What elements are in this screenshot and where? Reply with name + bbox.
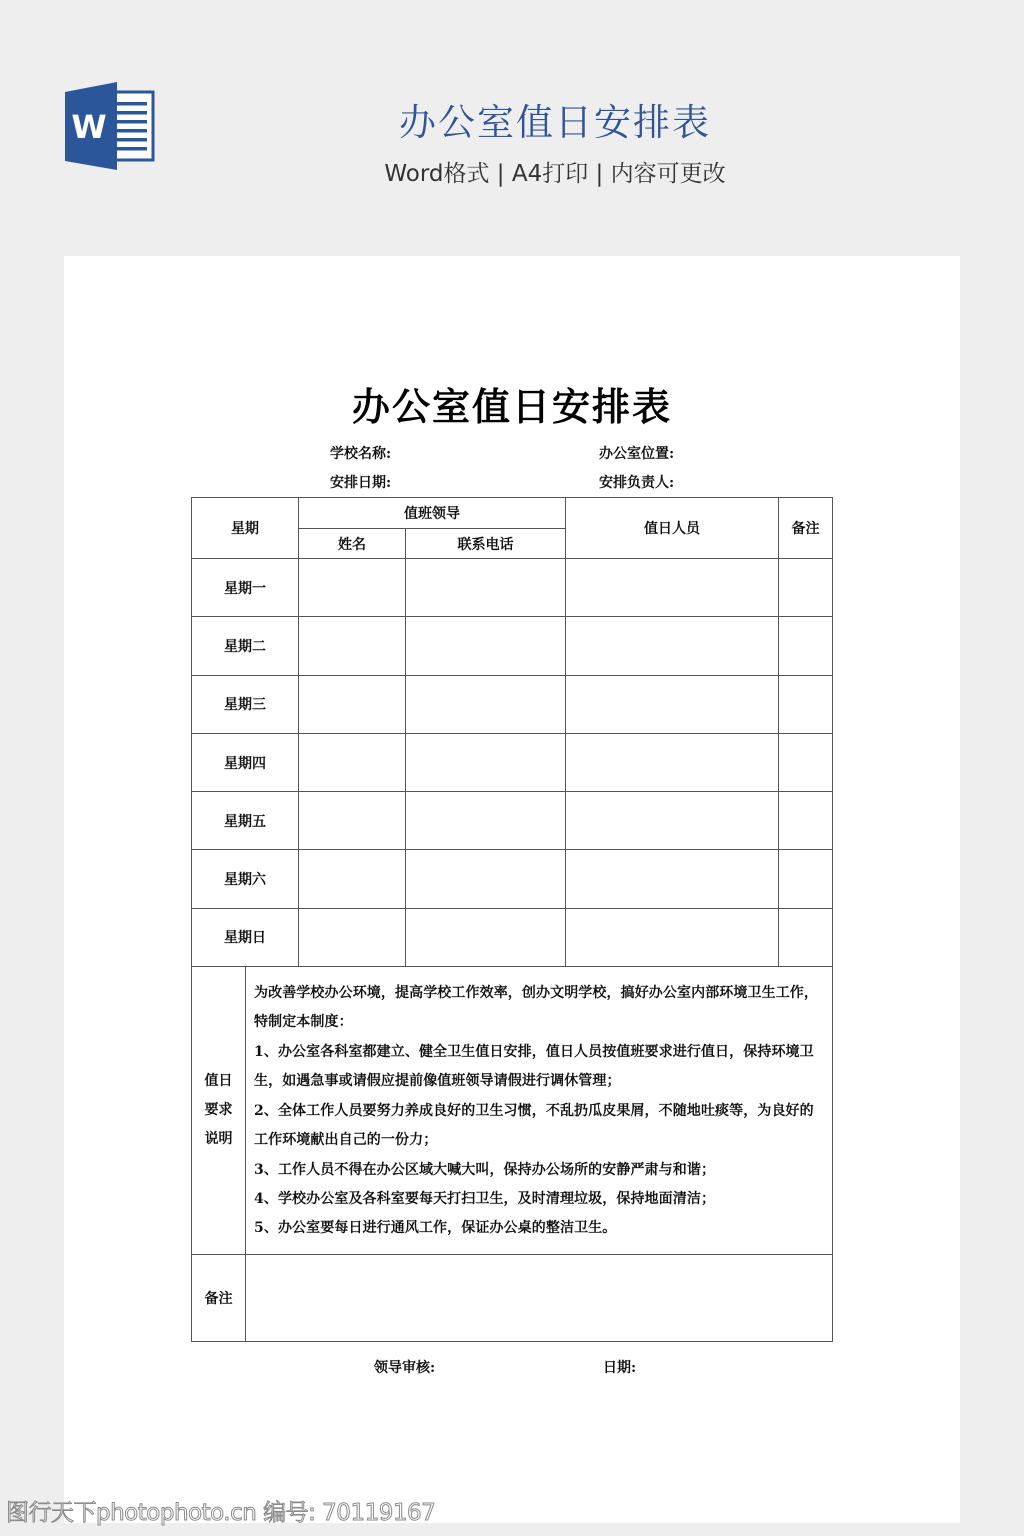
leader-phone-cell[interactable] [406,733,566,791]
table-row: 星期一 [192,559,833,617]
leader-name-cell[interactable] [299,908,406,966]
requirement-item: 1、办公室各科室都建立、健全卫生值日安排，值日人员按值班要求进行值日，保持环境卫… [254,1038,824,1097]
word-icon: W [65,82,157,170]
duty-requirements-text: 为改善学校办公环境，提高学校工作效率，创办文明学校，搞好办公室内部环境卫生工作，… [246,967,833,1255]
label-line: 值日 [192,1067,245,1096]
leader-name-cell[interactable] [299,675,406,733]
duty-staff-cell[interactable] [566,675,779,733]
leader-phone-cell[interactable] [406,792,566,850]
leader-phone-cell[interactable] [406,850,566,908]
banner-subtitle: Word格式 | A4打印 | 内容可更改 [300,155,810,188]
weekday-cell: 星期三 [192,675,299,733]
remark-cell[interactable] [779,675,833,733]
weekday-cell: 星期一 [192,559,299,617]
leader-name-cell[interactable] [299,792,406,850]
weekday-cell: 星期四 [192,733,299,791]
banner-title: 办公室值日安排表 [300,92,810,146]
requirement-item: 5、办公室要每日进行通风工作，保证办公桌的整洁卫生。 [254,1214,824,1243]
table-row: 星期五 [192,792,833,850]
office-location-label: 办公室位置: [599,443,674,463]
leader-name-cell[interactable] [299,617,406,675]
weekday-cell: 星期五 [192,792,299,850]
duty-requirements-label: 值日 要求 说明 [192,967,246,1255]
leader-review-label: 领导审核: [374,1357,435,1377]
header-remarks: 备注 [779,498,833,559]
header-name: 姓名 [299,529,406,559]
duty-schedule-table: 星期 值班领导 值日人员 备注 姓名 联系电话 星期一 星期二 星期三 [191,497,833,1342]
duty-staff-cell[interactable] [566,733,779,791]
table-row: 星期四 [192,733,833,791]
document-page: 办公室值日安排表 学校名称: 办公室位置: 安排日期: 安排负责人: 星期 值班… [64,256,960,1523]
remarks-label: 备注 [192,1255,246,1342]
watermark: 图行天下photophoto.cn 编号: 70119167 [6,1494,435,1527]
requirement-item: 3、工作人员不得在办公区域大喊大叫，保持办公场所的安静严肃与和谐； [254,1156,824,1185]
header-phone: 联系电话 [406,529,566,559]
remark-cell[interactable] [779,792,833,850]
remarks-field[interactable] [246,1255,833,1342]
weekday-cell: 星期二 [192,617,299,675]
school-name-label: 学校名称: [330,443,391,463]
remark-cell[interactable] [779,559,833,617]
table-row: 星期日 [192,908,833,966]
label-line: 要求 [192,1096,245,1125]
requirements-intro: 为改善学校办公环境，提高学校工作效率，创办文明学校，搞好办公室内部环境卫生工作，… [254,979,824,1038]
remark-cell[interactable] [779,617,833,675]
schedule-date-label: 安排日期: [330,472,391,492]
duty-staff-cell[interactable] [566,617,779,675]
table-row: 星期三 [192,675,833,733]
leader-phone-cell[interactable] [406,617,566,675]
duty-staff-cell[interactable] [566,908,779,966]
duty-requirements-row: 值日 要求 说明 为改善学校办公环境，提高学校工作效率，创办文明学校，搞好办公室… [192,967,833,1255]
label-line: 说明 [192,1125,245,1154]
remarks-row: 备注 [192,1255,833,1342]
remark-cell[interactable] [779,733,833,791]
leader-phone-cell[interactable] [406,559,566,617]
remark-cell[interactable] [779,850,833,908]
person-in-charge-label: 安排负责人: [599,472,674,492]
table-header-row: 星期 值班领导 值日人员 备注 [192,498,833,529]
header-weekday: 星期 [192,498,299,559]
leader-phone-cell[interactable] [406,675,566,733]
requirement-item: 2、全体工作人员要努力养成良好的卫生习惯，不乱扔瓜皮果屑，不随地吐痰等，为良好的… [254,1097,824,1156]
header-duty-leader: 值班领导 [299,498,566,529]
duty-staff-cell[interactable] [566,850,779,908]
table-row: 星期二 [192,617,833,675]
word-icon-letter: W [71,108,106,146]
leader-name-cell[interactable] [299,733,406,791]
duty-staff-cell[interactable] [566,559,779,617]
table-row: 星期六 [192,850,833,908]
remark-cell[interactable] [779,908,833,966]
requirement-item: 4、学校办公室及各科室要每天打扫卫生，及时清理垃圾，保持地面清洁； [254,1185,824,1214]
weekday-cell: 星期六 [192,850,299,908]
leader-name-cell[interactable] [299,559,406,617]
date-label: 日期: [603,1357,636,1377]
leader-name-cell[interactable] [299,850,406,908]
leader-phone-cell[interactable] [406,908,566,966]
weekday-cell: 星期日 [192,908,299,966]
duty-staff-cell[interactable] [566,792,779,850]
header-duty-staff: 值日人员 [566,498,779,559]
document-title: 办公室值日安排表 [64,376,960,431]
